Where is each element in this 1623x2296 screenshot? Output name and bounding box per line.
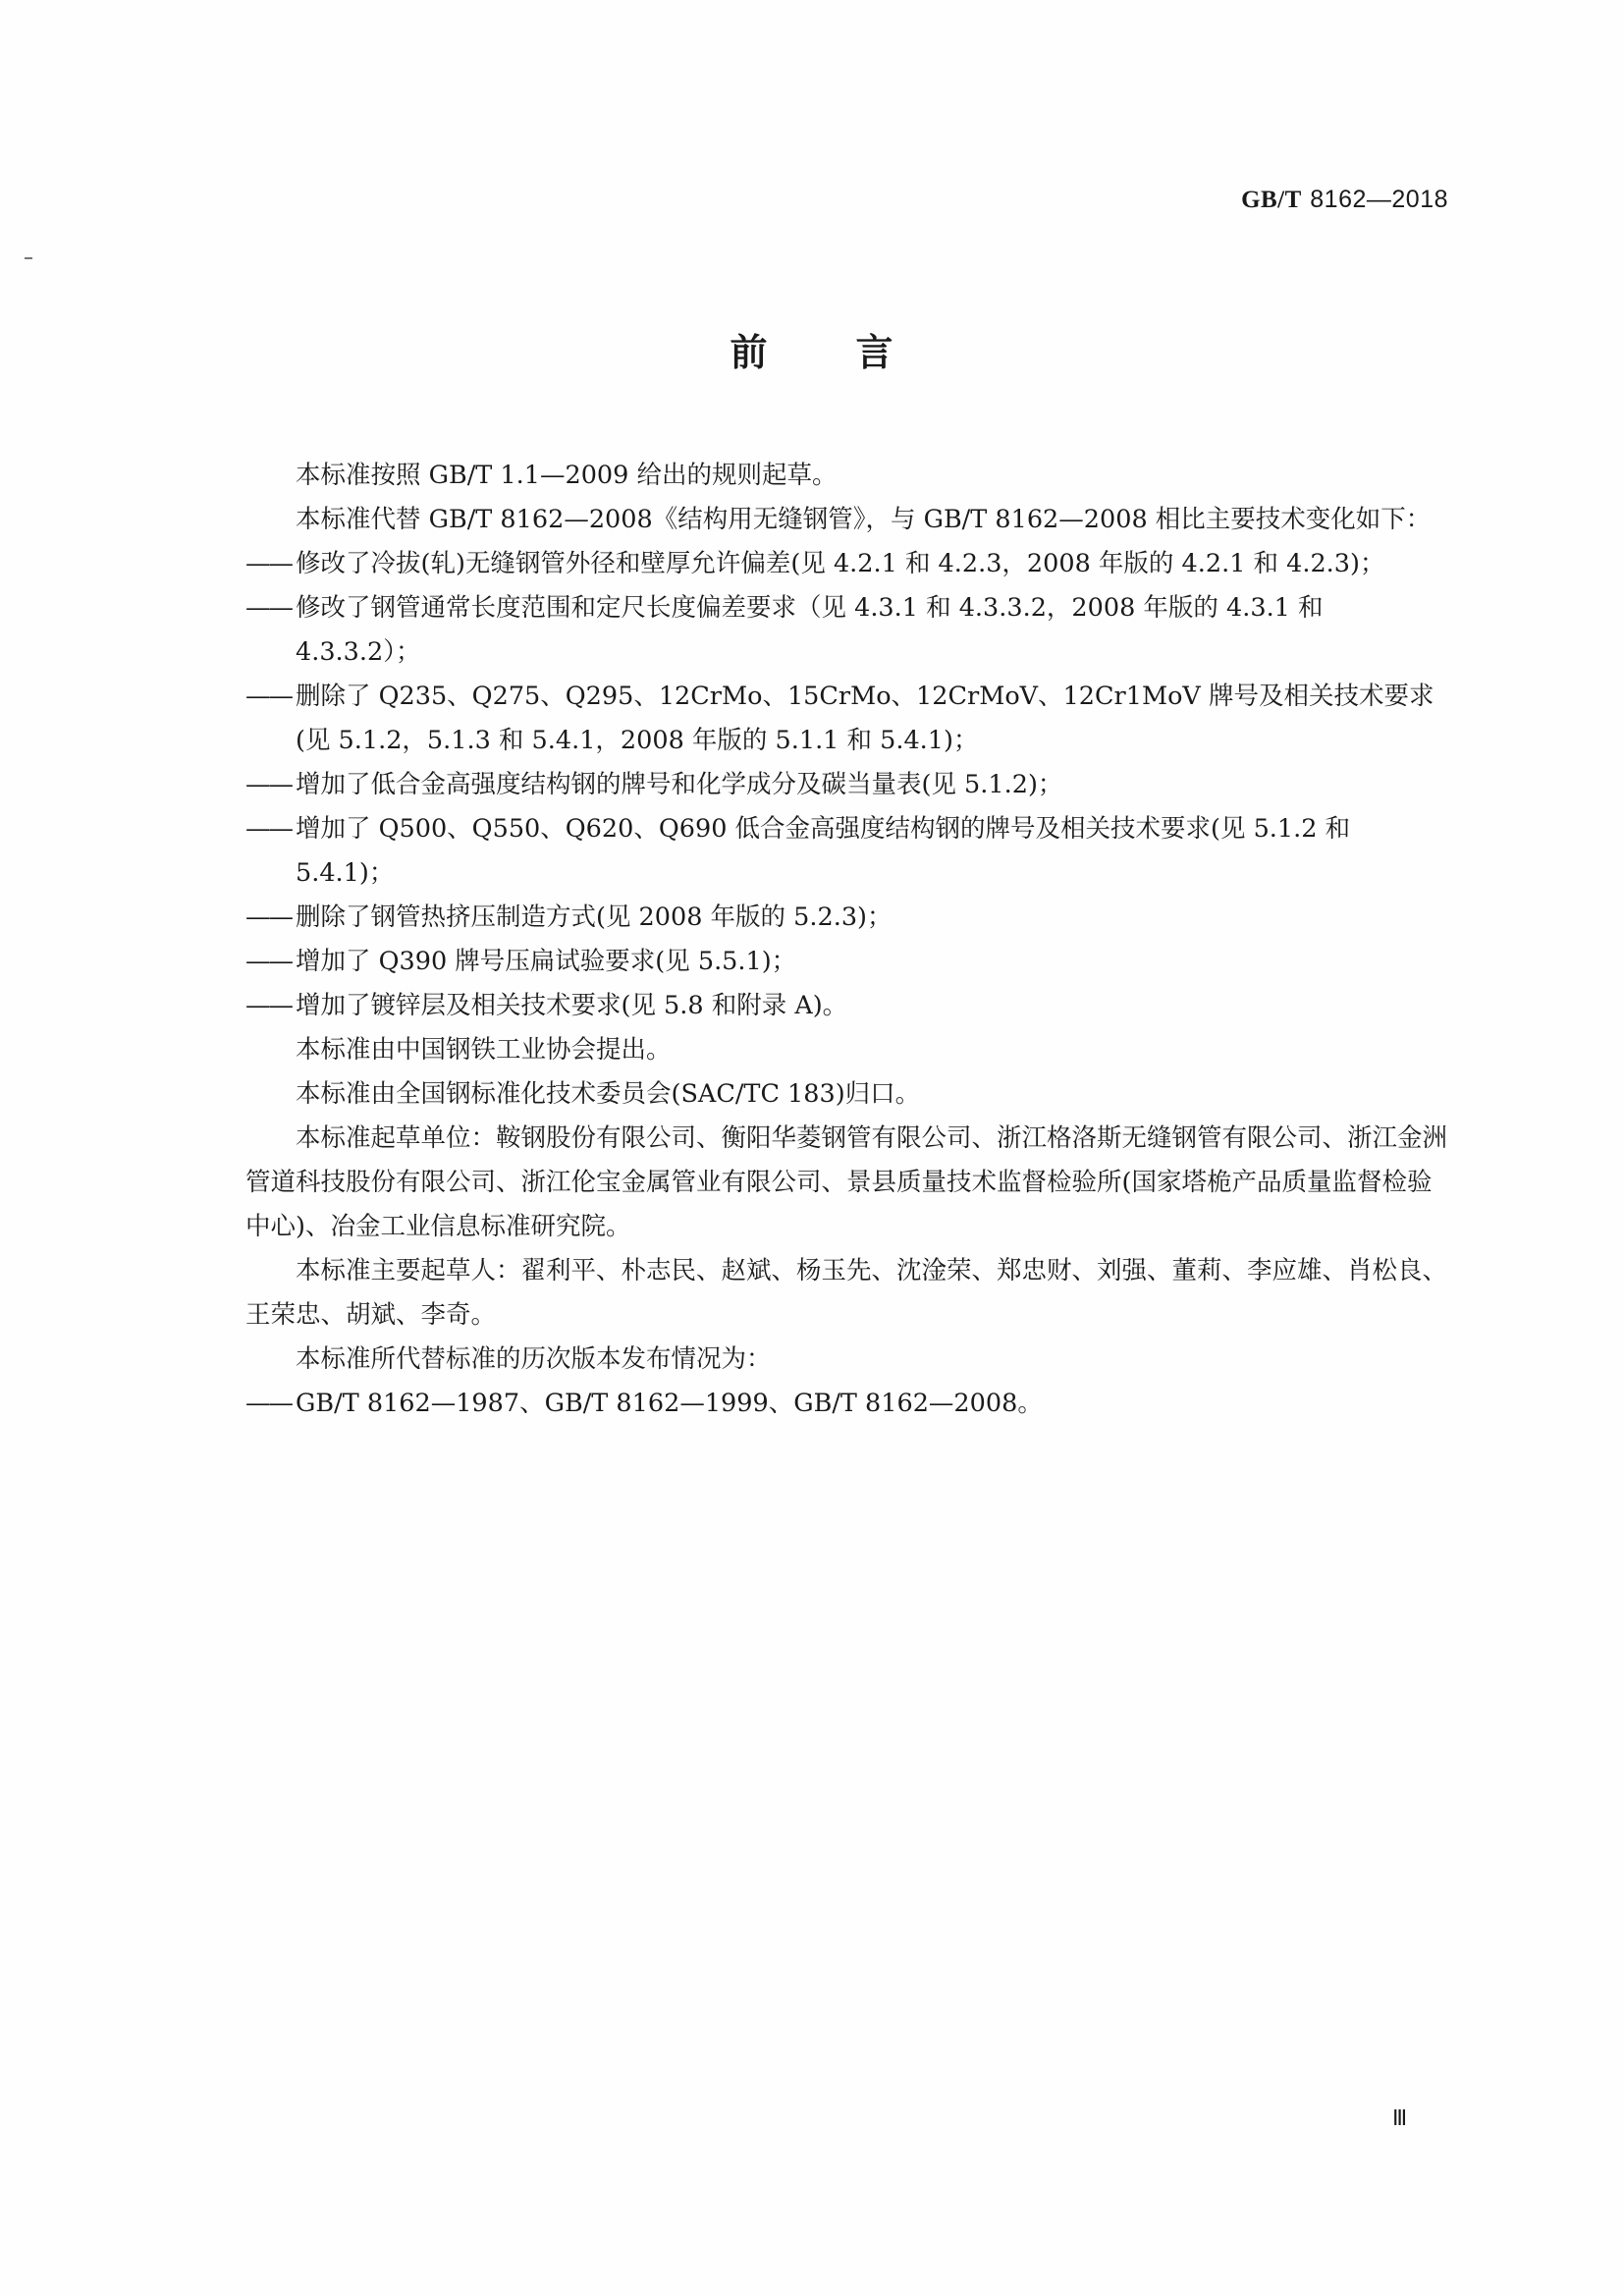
em-dash: ——: [245, 807, 292, 851]
em-dash: ——: [245, 542, 292, 586]
list-item: ——增加了 Q390 牌号压扁试验要求(见 5.5.1)；: [245, 940, 1448, 984]
previous-editions-item: ——GB/T 8162—1987、GB/T 8162—1999、GB/T 816…: [245, 1382, 1448, 1426]
list-item-text: 删除了钢管热挤压制造方式(见 2008 年版的 5.2.3)；: [296, 902, 893, 932]
list-item-text: 增加了 Q500、Q550、Q620、Q690 低合金高强度结构钢的牌号及相关技…: [296, 814, 1350, 888]
paragraph-committee: 本标准由全国钢标准化技术委员会(SAC/TC 183)归口。: [245, 1072, 1448, 1117]
list-item-text: 增加了镀锌层及相关技术要求(见 5.8 和附录 A)。: [296, 991, 847, 1020]
title-char-2: 言: [856, 322, 893, 376]
previous-editions-text: GB/T 8162—1987、GB/T 8162—1999、GB/T 8162—…: [296, 1389, 1043, 1418]
list-item: ——删除了 Q235、Q275、Q295、12CrMo、15CrMo、12CrM…: [245, 675, 1448, 763]
list-item: ——增加了 Q500、Q550、Q620、Q690 低合金高强度结构钢的牌号及相…: [245, 807, 1448, 896]
paragraph-drafters: 本标准主要起草人：翟利平、朴志民、赵斌、杨玉先、沈淦荣、郑忠财、刘强、董莉、李应…: [245, 1249, 1448, 1338]
list-item: ——增加了镀锌层及相关技术要求(见 5.8 和附录 A)。: [245, 984, 1448, 1028]
standard-code: GB/T 8162—2018: [1241, 185, 1448, 214]
paragraph-proposer: 本标准由中国钢铁工业协会提出。: [245, 1028, 1448, 1072]
paragraph-drafting-rules: 本标准按照 GB/T 1.1—2009 给出的规则起草。: [245, 454, 1448, 498]
changes-list: ——修改了冷拔(轧)无缝钢管外径和壁厚允许偏差(见 4.2.1 和 4.2.3，…: [245, 542, 1448, 1028]
list-item-text: 删除了 Q235、Q275、Q295、12CrMo、15CrMo、12CrMoV…: [296, 682, 1434, 755]
list-item-text: 增加了 Q390 牌号压扁试验要求(见 5.5.1)；: [296, 947, 796, 976]
em-dash: ——: [245, 1382, 292, 1426]
standard-prefix: GB/T: [1241, 187, 1302, 213]
paragraph-previous-editions-intro: 本标准所代替标准的历次版本发布情况为：: [245, 1338, 1448, 1382]
list-item-text: 增加了低合金高强度结构钢的牌号和化学成分及碳当量表(见 5.1.2)；: [296, 770, 1062, 799]
em-dash: ——: [245, 940, 292, 984]
foreword-body: 本标准按照 GB/T 1.1—2009 给出的规则起草。 本标准代替 GB/T …: [245, 454, 1448, 1426]
list-item: ——删除了钢管热挤压制造方式(见 2008 年版的 5.2.3)；: [245, 896, 1448, 940]
page-number: Ⅲ: [1392, 2105, 1407, 2131]
document-page: GB/T 8162—2018 前言 本标准按照 GB/T 1.1—2009 给出…: [0, 0, 1623, 2296]
paragraph-drafting-units: 本标准起草单位：鞍钢股份有限公司、衡阳华菱钢管有限公司、浙江格洛斯无缝钢管有限公…: [245, 1117, 1448, 1249]
paragraph-replacement: 本标准代替 GB/T 8162—2008《结构用无缝钢管》，与 GB/T 816…: [245, 498, 1448, 542]
em-dash: ——: [245, 896, 292, 940]
list-item: ——增加了低合金高强度结构钢的牌号和化学成分及碳当量表(见 5.1.2)；: [245, 763, 1448, 807]
em-dash: ——: [245, 675, 292, 719]
title-char-1: 前: [730, 322, 767, 376]
page-title: 前言: [0, 322, 1623, 376]
list-item: ——修改了冷拔(轧)无缝钢管外径和壁厚允许偏差(见 4.2.1 和 4.2.3，…: [245, 542, 1448, 586]
em-dash: ——: [245, 586, 292, 630]
scan-speck: [25, 257, 32, 259]
list-item-text: 修改了钢管通常长度范围和定尺长度偏差要求（见 4.3.1 和 4.3.3.2，2…: [296, 593, 1324, 667]
list-item-text: 修改了冷拔(轧)无缝钢管外径和壁厚允许偏差(见 4.2.1 和 4.2.3，20…: [296, 549, 1384, 578]
em-dash: ——: [245, 763, 292, 807]
standard-number: 8162—2018: [1310, 186, 1448, 213]
em-dash: ——: [245, 984, 292, 1028]
list-item: ——修改了钢管通常长度范围和定尺长度偏差要求（见 4.3.1 和 4.3.3.2…: [245, 586, 1448, 675]
